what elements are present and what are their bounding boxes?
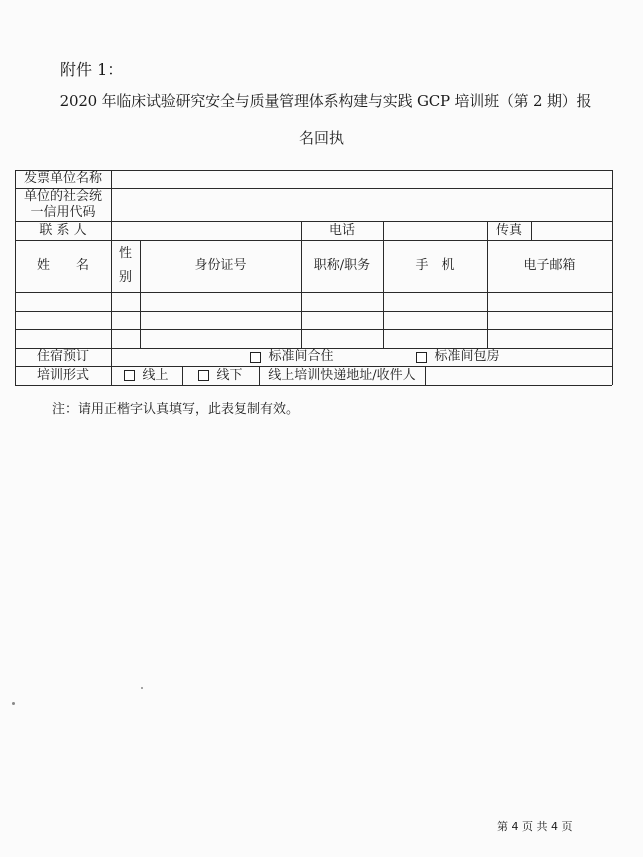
checkbox-icon[interactable] bbox=[250, 352, 261, 363]
column-header-name: 姓 名 bbox=[15, 240, 111, 292]
attendee-email-field[interactable] bbox=[487, 329, 612, 348]
phone-label: 电话 bbox=[301, 221, 383, 240]
document-title: 2020 年临床试验研究安全与质量管理体系构建与实践 GCP 培训班（第 2 期… bbox=[0, 90, 643, 111]
contact-label: 联 系 人 bbox=[15, 221, 111, 240]
scan-speck bbox=[141, 687, 143, 689]
fax-label: 传真 bbox=[487, 221, 531, 240]
attendee-name-field[interactable] bbox=[15, 311, 111, 329]
checkbox-icon[interactable] bbox=[124, 370, 135, 381]
scan-speck bbox=[12, 702, 15, 705]
attendee-mobile-field[interactable] bbox=[383, 292, 487, 311]
delivery-address-field[interactable] bbox=[425, 366, 612, 385]
phone-field[interactable] bbox=[383, 221, 487, 240]
checkbox-icon[interactable] bbox=[198, 370, 209, 381]
document-title-continued: 名回执 bbox=[0, 127, 643, 148]
accommodation-label: 住宿预订 bbox=[15, 348, 111, 366]
accommodation-option-private-label: 标准间包房 bbox=[434, 349, 499, 365]
accommodation-option-shared-label: 标准间合住 bbox=[268, 349, 333, 365]
training-format-online[interactable]: 线上 bbox=[111, 366, 182, 385]
attendee-id-number-field[interactable] bbox=[140, 311, 301, 329]
delivery-address-label: 线上培训快递地址/收件人 bbox=[259, 366, 425, 385]
column-header-email: 电子邮箱 bbox=[487, 240, 612, 292]
accommodation-option-shared[interactable]: 标准间合住 bbox=[222, 348, 362, 366]
form-note: 注：请用正楷字认真填写，此表复制有效。 bbox=[52, 398, 299, 417]
attendee-title-position-field[interactable] bbox=[301, 292, 383, 311]
attendee-mobile-field[interactable] bbox=[383, 329, 487, 348]
checkbox-icon[interactable] bbox=[416, 352, 427, 363]
gender-header-line2: 别 bbox=[119, 270, 132, 286]
attendee-gender-field[interactable] bbox=[111, 292, 140, 311]
training-format-offline-label: 线下 bbox=[216, 368, 242, 384]
invoice-unit-field[interactable] bbox=[111, 170, 612, 188]
credit-code-field[interactable] bbox=[111, 188, 612, 221]
attendee-gender-field[interactable] bbox=[111, 311, 140, 329]
training-format-online-label: 线上 bbox=[142, 368, 168, 384]
attendee-email-field[interactable] bbox=[487, 311, 612, 329]
attendee-name-field[interactable] bbox=[15, 292, 111, 311]
column-header-gender: 性 别 bbox=[111, 240, 140, 292]
training-format-label: 培训形式 bbox=[15, 366, 111, 385]
column-header-id-number: 身份证号 bbox=[140, 240, 301, 292]
training-format-offline[interactable]: 线下 bbox=[182, 366, 259, 385]
attendee-title-position-field[interactable] bbox=[301, 311, 383, 329]
column-header-title-position: 职称/职务 bbox=[301, 240, 383, 292]
credit-code-label-line2: 一信用代码 bbox=[30, 205, 95, 221]
attachment-label: 附件 1： bbox=[60, 57, 123, 80]
attendee-name-field[interactable] bbox=[15, 329, 111, 348]
gender-header-line1: 性 bbox=[119, 246, 132, 262]
attendee-email-field[interactable] bbox=[487, 292, 612, 311]
attendee-id-number-field[interactable] bbox=[140, 329, 301, 348]
credit-code-label: 单位的社会统 一信用代码 bbox=[15, 188, 111, 221]
invoice-unit-label: 发票单位名称 bbox=[15, 170, 111, 188]
accommodation-option-private[interactable]: 标准间包房 bbox=[398, 348, 518, 366]
attendee-gender-field[interactable] bbox=[111, 329, 140, 348]
attendee-id-number-field[interactable] bbox=[140, 292, 301, 311]
fax-field[interactable] bbox=[531, 221, 612, 240]
title-line-1: 2020 年临床试验研究安全与质量管理体系构建与实践 GCP 培训班（第 2 期… bbox=[60, 90, 592, 111]
credit-code-label-line1: 单位的社会统 bbox=[24, 189, 102, 205]
column-header-mobile: 手 机 bbox=[383, 240, 487, 292]
contact-field[interactable] bbox=[111, 221, 301, 240]
attendee-mobile-field[interactable] bbox=[383, 311, 487, 329]
page-number: 第 4 页 共 4 页 bbox=[497, 818, 572, 834]
attendee-title-position-field[interactable] bbox=[301, 329, 383, 348]
